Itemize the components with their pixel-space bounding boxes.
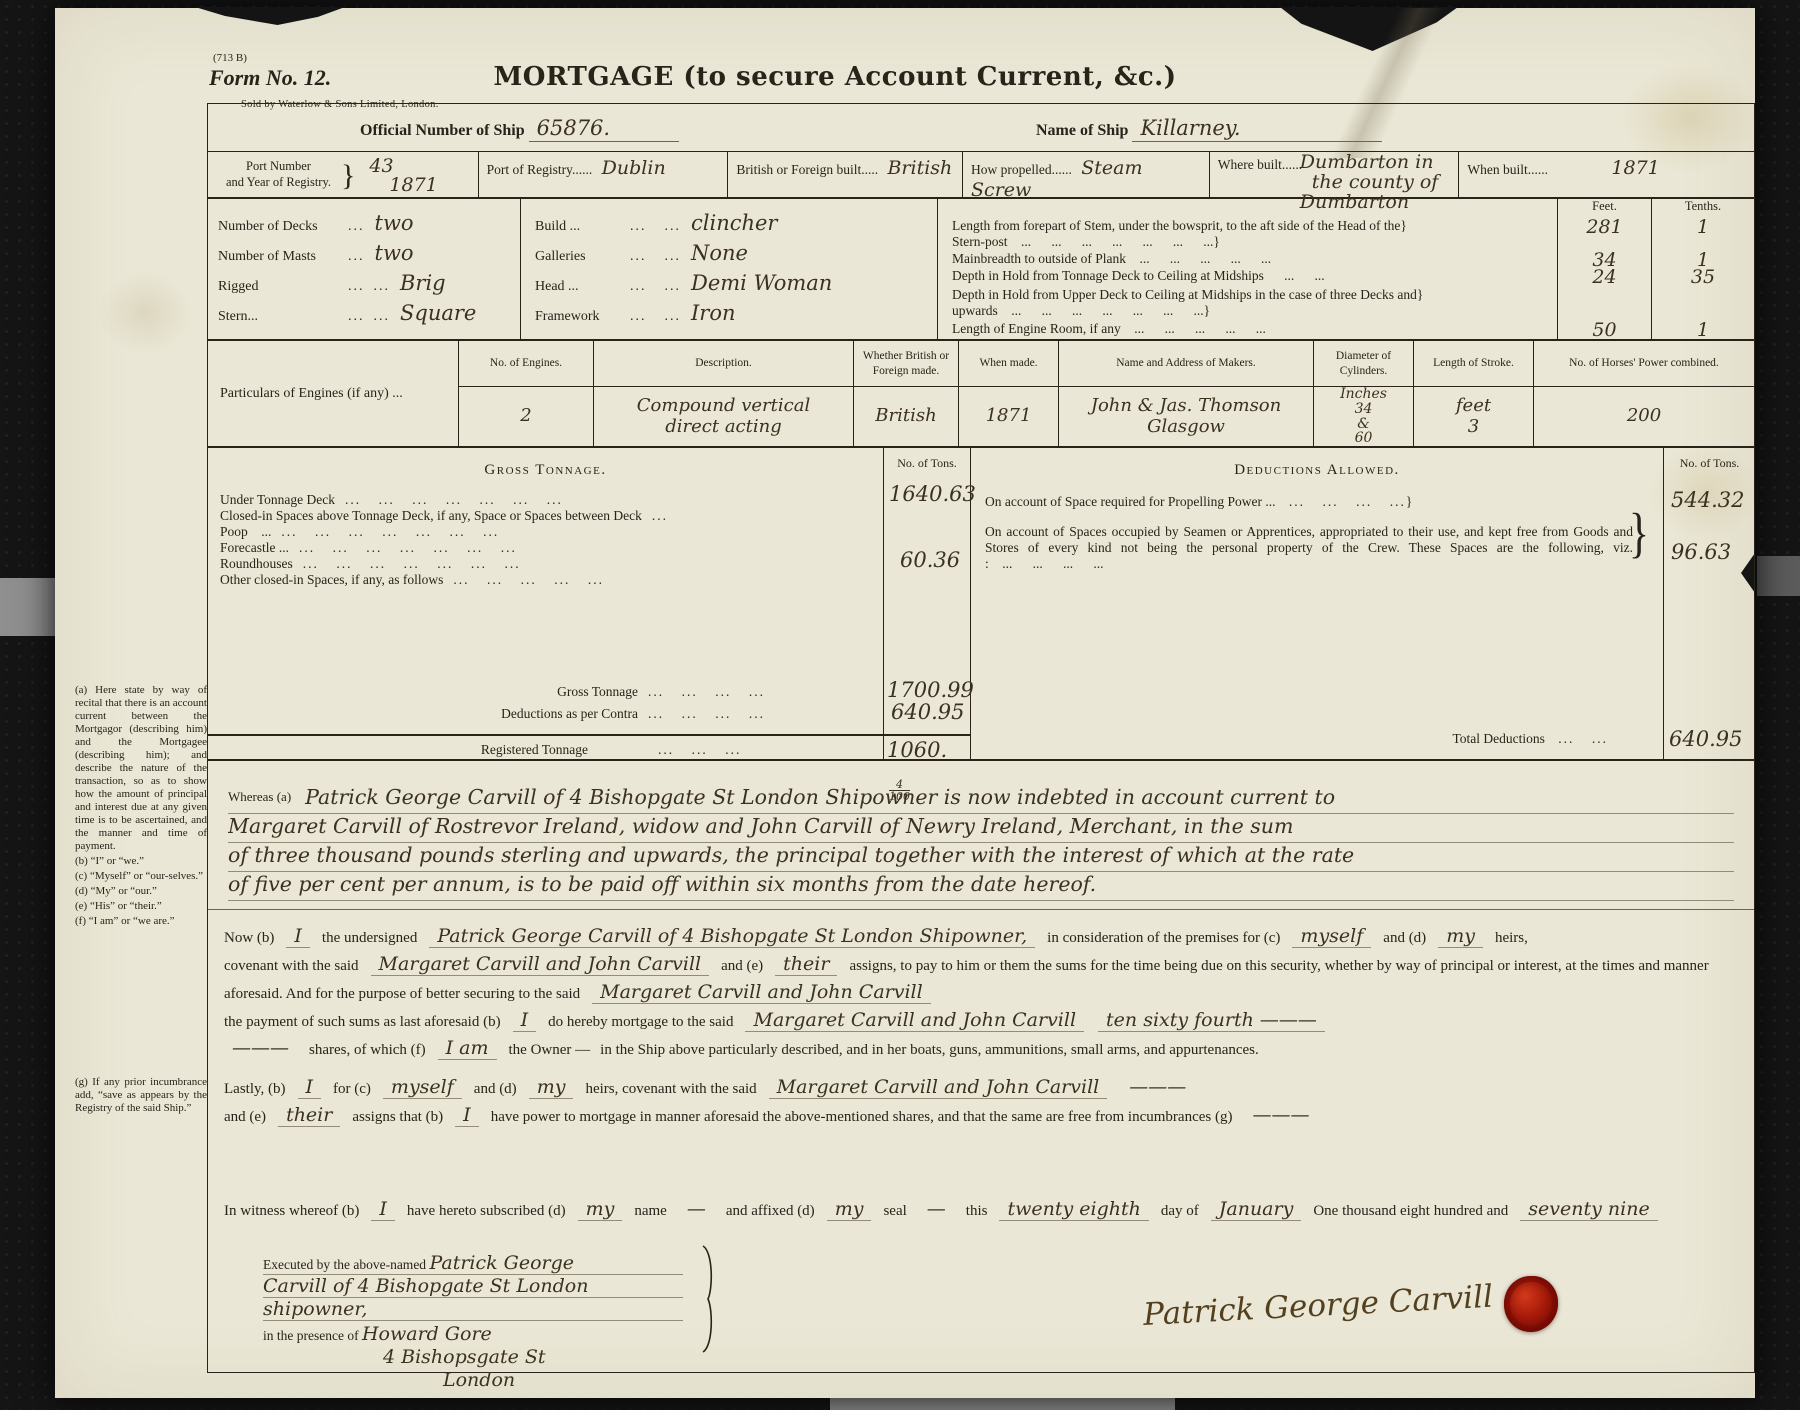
handwritten-text: ten sixty fourth ——— xyxy=(1098,1009,1325,1032)
deductions-section: Deductions Allowed. No. of Tons. On acco… xyxy=(971,448,1754,759)
measurement-row: Length of Engine Room, if any ... ... ..… xyxy=(938,320,1754,339)
where-built-value-1: Dumbarton in xyxy=(1300,151,1434,173)
total-deductions-label: Total Deductions xyxy=(1452,731,1544,746)
where-built-value: Dumbarton in the county of Dumbarton xyxy=(1300,152,1459,212)
gross-tonnage-section: Gross Tonnage. No. of Tons. Under Tonnag… xyxy=(208,448,971,759)
measurement-row: Depth in Hold from Tonnage Deck to Ceili… xyxy=(938,267,1754,286)
horsepower-value: 200 xyxy=(1627,406,1661,427)
length-stem-tenths: 1 xyxy=(1697,216,1709,238)
registered-tonnage-fraction: 4100 xyxy=(889,779,910,802)
engines-description-col: Description. Compound vertical direct ac… xyxy=(593,341,853,446)
witness-address-1: 4 Bishopsgate St xyxy=(383,1346,546,1368)
document-title: MORTGAGE (to secure Account Current, &c.… xyxy=(485,62,1185,92)
handwritten-text: seventy nine xyxy=(1520,1198,1657,1221)
handwritten-text: — xyxy=(679,1198,714,1220)
engines-count-header: No. of Engines. xyxy=(459,341,593,387)
seamen-spaces-value: 96.63 xyxy=(1671,540,1731,564)
printed-text: One thousand eight hundred and xyxy=(1313,1203,1508,1219)
whereas-intro: Whereas (a) xyxy=(228,789,291,804)
under-tonnage-deck-label: Under Tonnage Deck xyxy=(220,492,335,507)
handwritten-text: I xyxy=(286,925,310,948)
printed-text: this xyxy=(966,1203,988,1219)
handwritten-text: twenty eighth xyxy=(999,1198,1148,1221)
masts-value: two xyxy=(375,241,414,265)
whereas-handwriting-2: Margaret Carvill of Rostrevor Ireland, w… xyxy=(228,814,1293,838)
length-stem-label-1: Length from forepart of Stem, under the … xyxy=(952,218,1407,233)
margin-note-f-text: (f) “I am” or “we are.” xyxy=(75,915,207,928)
printed-text: heirs, xyxy=(1495,930,1528,946)
registered-tonnage-separator xyxy=(208,734,971,736)
tons-column-divider xyxy=(1663,448,1664,759)
built-cell: British or Foreign built..... British xyxy=(728,152,963,197)
particular-row: Stern... ... ... Square xyxy=(218,301,516,331)
registry-year-value: 1871 xyxy=(389,174,437,196)
engines-count-value: 2 xyxy=(520,406,531,427)
dot-leader: ... ... xyxy=(630,309,681,325)
dot-leader: ... ... ... ... ... ... ... xyxy=(299,540,517,555)
engines-cylinder-col: Diameter of Cylinders. Inches 34 & 60 xyxy=(1313,341,1413,446)
printed-text: aforesaid. And for the purpose of better… xyxy=(224,986,580,1002)
registry-row: Port Number and Year of Registry. } 43 1… xyxy=(208,151,1754,197)
engines-description-value-1: Compound vertical xyxy=(637,396,810,417)
engines-description-header: Description. xyxy=(594,341,853,387)
mainbreadth-label: Mainbreadth to outside of Plank ... ... … xyxy=(952,251,1271,266)
printed-text: the undersigned xyxy=(322,930,417,946)
handwritten-text: I xyxy=(298,1076,322,1099)
printed-text: and affixed (d) xyxy=(726,1203,815,1219)
deductions-contra-value: 640.95 xyxy=(891,700,964,724)
other-spaces-label: Other closed-in Spaces, if any, as follo… xyxy=(220,572,443,587)
printed-text: covenant with the said xyxy=(224,958,359,974)
seamen-spaces-label: On account of Spaces occupied by Seamen … xyxy=(985,524,1633,571)
depth-tonnage-deck-label: Depth in Hold from Tonnage Deck to Ceili… xyxy=(952,268,1325,283)
handwritten-text: my xyxy=(827,1198,872,1221)
registered-tonnage-label: Registered Tonnage xyxy=(208,742,588,758)
dot-leader: ... ... ... ... ... ... ... xyxy=(281,524,499,539)
lastly-line-1: Lastly, (b)Ifor (c)myselfand (d)myheirs,… xyxy=(224,1075,1738,1103)
registered-tonnage-value: 1060.4100 xyxy=(887,738,970,802)
galleries-label: Galleries xyxy=(535,249,630,265)
stroke-unit: feet xyxy=(1456,396,1491,417)
printed-text: assigns, to pay to him or them the sums … xyxy=(849,958,1708,974)
port-number-label: Port Number and Year of Registry. xyxy=(216,157,341,197)
covenant-line-1: Now (b)Ithe undersignedPatrick George Ca… xyxy=(224,924,1738,952)
scanner-bed-right-strip xyxy=(1757,556,1800,596)
form-box: Official Number of Ship 65876. Name of S… xyxy=(207,103,1755,1373)
total-deductions-row: Total Deductions ... ... xyxy=(971,731,1663,747)
ship-name-value: Killarney. xyxy=(1132,116,1382,142)
length-stem-label-2: Stern-post ... ... ... ... ... ... ...} xyxy=(952,234,1220,249)
margin-note-b-text: (b) “I” or “we.” xyxy=(75,855,207,868)
propelled-label: How propelled...... xyxy=(971,162,1072,177)
propelling-power-row: On account of Space required for Propell… xyxy=(985,494,1645,510)
propelling-power-label: On account of Space required for Propell… xyxy=(985,494,1276,509)
engine-room-length-tenths: 1 xyxy=(1697,319,1709,341)
built-value: British xyxy=(887,157,952,179)
head-label: Head ... xyxy=(535,279,630,295)
whereas-handwriting-4: of five per cent per annum, is to be pai… xyxy=(228,872,1096,896)
engines-row: Particulars of Engines (if any) ... No. … xyxy=(208,339,1754,446)
engines-makers-header: Name and Address of Makers. xyxy=(1059,341,1313,387)
particulars-col-b: Build ... ... ... clincher Galleries ...… xyxy=(521,199,938,339)
handwritten-text: their xyxy=(775,953,837,976)
engines-description-value-2: direct acting xyxy=(665,417,782,438)
official-number-label: Official Number of Ship xyxy=(360,122,525,139)
handwritten-text: I am xyxy=(438,1037,497,1060)
margin-note-c-text: (c) “Myself” or “our-selves.” xyxy=(75,870,207,883)
engines-origin-value: British xyxy=(875,406,936,427)
printed-text: have power to mortgage in manner aforesa… xyxy=(491,1109,1233,1125)
whereas-line-3: of three thousand pounds sterling and up… xyxy=(228,843,1734,872)
when-built-cell: When built...... 1871 xyxy=(1459,152,1754,197)
measurements-block: Feet. Tenths. Length from forepart of St… xyxy=(938,199,1754,339)
poop-label: Poop ... xyxy=(220,524,271,539)
dot-leader: ... ... xyxy=(630,279,681,295)
particulars-col-a: Number of Decks ... two Number of Masts … xyxy=(208,199,521,339)
official-number: Official Number of Ship 65876. xyxy=(360,116,679,142)
engines-stroke-col: Length of Stroke. feet 3 xyxy=(1413,341,1533,446)
engines-makers-value-1: John & Jas. Thomson xyxy=(1091,396,1282,417)
engines-horsepower-col: No. of Horses' Power combined. 200 xyxy=(1533,341,1754,446)
port-number-brace: } xyxy=(341,157,355,197)
wax-seal xyxy=(1504,1276,1558,1332)
covenant-line-3: aforesaid. And for the purpose of better… xyxy=(224,980,1738,1008)
fraction-denominator: 100 xyxy=(889,791,910,802)
build-value: clincher xyxy=(691,211,777,235)
handwritten-text: my xyxy=(578,1198,623,1221)
under-tonnage-deck-value: 1640.63 xyxy=(889,482,976,506)
execution-section: Executed by the above-named Patrick Geor… xyxy=(208,1234,1754,1372)
printed-text: shares, of which (f) xyxy=(309,1042,426,1058)
seamen-spaces-brace: } xyxy=(1629,524,1649,545)
paper-stain xyxy=(95,268,195,358)
dot-leader: ... ... ... ...} xyxy=(1289,494,1414,509)
engines-origin-col: Whether British or Foreign made. British xyxy=(853,341,958,446)
rigged-value: Brig xyxy=(400,271,446,295)
dot-leader: ... xyxy=(348,249,365,265)
dot-leader: ... ... xyxy=(348,309,390,325)
particular-row: Galleries ... ... None xyxy=(535,241,933,271)
length-stem-feet: 281 xyxy=(1586,216,1622,238)
printed-text: for (c) xyxy=(333,1081,371,1097)
engines-when-made-header: When made. xyxy=(959,341,1058,387)
head-value: Demi Woman xyxy=(691,271,832,295)
whereas-line-1: Whereas (a) Patrick George Carvill of 4 … xyxy=(228,785,1734,814)
handwritten-text: my xyxy=(529,1076,574,1099)
torn-edge-top-right xyxy=(1280,7,1458,51)
handwritten-text: my xyxy=(1438,925,1483,948)
roundhouses-label: Roundhouses xyxy=(220,556,293,571)
particular-row: Head ... ... ... Demi Woman xyxy=(535,271,933,301)
margin-note-g: (g) If any prior incumbrance add, “save … xyxy=(75,1076,207,1117)
handwritten-text: Margaret Carvill and John Carvill xyxy=(371,953,710,976)
printed-text: in consideration of the premises for (c) xyxy=(1047,930,1280,946)
particular-row: Number of Decks ... two xyxy=(218,211,516,241)
decks-value: two xyxy=(375,211,414,235)
engines-count-col: No. of Engines. 2 xyxy=(458,341,593,446)
built-label: British or Foreign built..... xyxy=(736,162,878,177)
framework-value: Iron xyxy=(691,301,736,325)
printed-text: the Owner — xyxy=(509,1042,591,1058)
executed-name-3: shipowner, xyxy=(263,1298,367,1320)
dot-leader: ... ... xyxy=(348,279,390,295)
port-of-registry-label: Port of Registry...... xyxy=(487,162,593,177)
gross-tonnage-title: Gross Tonnage. xyxy=(208,462,883,479)
whereas-handwriting-3: of three thousand pounds sterling and up… xyxy=(228,843,1354,867)
tons-column-divider xyxy=(883,448,884,759)
stern-value: Square xyxy=(400,301,476,325)
engines-horsepower-header: No. of Horses' Power combined. xyxy=(1534,341,1754,387)
executed-name-1: Patrick George xyxy=(429,1252,574,1274)
form-code: (713 B) xyxy=(213,52,247,64)
engines-row-label: Particulars of Engines (if any) ... xyxy=(208,341,458,446)
printed-text: Now (b) xyxy=(224,930,274,946)
port-number-cell: Port Number and Year of Registry. } 43 1… xyxy=(208,152,479,197)
printed-text: do hereby mortgage to the said xyxy=(548,1014,733,1030)
dot-leader: ... ... xyxy=(630,219,681,235)
covenant-section: Now (b)Ithe undersignedPatrick George Ca… xyxy=(208,909,1754,1069)
port-of-registry-cell: Port of Registry...... Dublin xyxy=(479,152,729,197)
port-number-label-2: and Year of Registry. xyxy=(226,175,331,189)
tons-column-header: No. of Tons. xyxy=(883,456,971,471)
cylinder-value-2: 60 xyxy=(1355,431,1373,446)
covenant-line-2: covenant with the saidMargaret Carvill a… xyxy=(224,952,1738,980)
printed-text: in the Ship above particularly described… xyxy=(600,1042,1259,1058)
official-number-value: 65876. xyxy=(529,116,679,142)
forecastle-label: Forecastle ... xyxy=(220,540,289,555)
margin-note-e-text: (e) “His” or “their.” xyxy=(75,900,207,913)
witness-address-2: London xyxy=(443,1369,515,1391)
witness-line: In witness whereof (b)Ihave hereto subsc… xyxy=(224,1197,1738,1225)
registered-tonnage-row: Registered Tonnage ... ... ... xyxy=(208,742,883,758)
particular-row: Framework ... ... Iron xyxy=(535,301,933,331)
feet-header: Feet. xyxy=(1557,199,1651,217)
depth-tonnage-deck-tenths: 35 xyxy=(1691,266,1715,288)
cylinder-unit: Inches xyxy=(1340,387,1387,402)
executed-block: Executed by the above-named Patrick Geor… xyxy=(263,1252,683,1392)
handwritten-text: Patrick George Carvill of 4 Bishopgate S… xyxy=(429,925,1035,948)
engines-makers-col: Name and Address of Makers. John & Jas. … xyxy=(1058,341,1313,446)
engines-origin-header: Whether British or Foreign made. xyxy=(854,341,958,387)
scanned-document-page: { "colors":{"paper":"#eae7d6","ink_print… xyxy=(0,0,1800,1410)
handwritten-text: myself xyxy=(383,1076,462,1099)
printed-text: and (d) xyxy=(474,1081,517,1097)
galleries-value: None xyxy=(691,241,748,265)
signature: Patrick George Carvill xyxy=(1142,1275,1563,1333)
seamen-spaces-block: On account of Spaces occupied by Seamen … xyxy=(985,524,1633,572)
stern-label: Stern... xyxy=(218,309,348,325)
whereas-handwriting-1: Patrick George Carvill of 4 Bishopgate S… xyxy=(305,785,1335,809)
whereas-line-2: Margaret Carvill of Rostrevor Ireland, w… xyxy=(228,814,1734,843)
engines-stroke-header: Length of Stroke. xyxy=(1414,341,1533,387)
handwritten-text: their xyxy=(278,1104,340,1127)
executed-brace xyxy=(700,1244,718,1354)
handwritten-text: ——— xyxy=(1244,1104,1317,1126)
dot-leader: ... ... ... xyxy=(658,742,741,758)
handwritten-text: Margaret Carvill and John Carvill xyxy=(745,1009,1084,1032)
handwritten-text: — xyxy=(919,1198,954,1220)
depth-upper-deck-label-1: Depth in Hold from Upper Deck to Ceiling… xyxy=(952,287,1423,302)
rigged-label: Rigged xyxy=(218,279,348,295)
lastly-section: Lastly, (b)Ifor (c)myselfand (d)myheirs,… xyxy=(208,1069,1754,1139)
whereas-section: Whereas (a) Patrick George Carvill of 4 … xyxy=(208,759,1754,909)
masts-label: Number of Masts xyxy=(218,249,348,265)
ship-name: Name of Ship Killarney. xyxy=(1036,116,1382,142)
dot-leader: ... ... ... ... ... ... ... xyxy=(303,556,521,571)
roundhouses-value: 60.36 xyxy=(900,548,960,572)
depth-upper-deck-label-2: upwards ... ... ... ... ... ... ...} xyxy=(952,303,1210,318)
dot-leader: ... xyxy=(652,508,668,523)
gross-tonnage-total-value: 1700.99 xyxy=(887,678,974,702)
printed-text: and (e) xyxy=(721,958,763,974)
particular-row: Rigged ... ... Brig xyxy=(218,271,516,301)
dot-leader: ... ... ... ... ... ... ... xyxy=(345,492,563,507)
propelling-power-value: 544.32 xyxy=(1671,488,1744,512)
tonnage-row: Gross Tonnage. No. of Tons. Under Tonnag… xyxy=(208,446,1754,759)
presence-label: in the presence of xyxy=(263,1328,359,1343)
ship-identity-row: Official Number of Ship 65876. Name of S… xyxy=(208,104,1754,151)
document-paper: (713 B) Form No. 12. Sold by Waterlow & … xyxy=(55,8,1755,1398)
port-number-values: 43 1871 xyxy=(355,157,445,197)
depth-tonnage-deck-feet: 24 xyxy=(1592,266,1616,288)
engines-when-made-value: 1871 xyxy=(986,406,1032,427)
printed-text: the payment of such sums as last aforesa… xyxy=(224,1014,501,1030)
handwritten-text: ——— xyxy=(1121,1076,1194,1098)
executed-name-2: Carvill of 4 Bishopgate St London xyxy=(263,1275,588,1297)
stroke-value: 3 xyxy=(1468,417,1479,438)
form-number: Form No. 12. xyxy=(209,65,331,91)
margin-note-d-text: (d) “My” or “our.” xyxy=(75,885,207,898)
deductions-contra-row: Deductions as per Contra ... ... ... ... xyxy=(208,706,883,722)
particular-row: Build ... ... ... clincher xyxy=(535,211,933,241)
dot-leader: ... ... xyxy=(630,249,681,265)
dot-leader: ... ... ... ... ... xyxy=(453,572,604,587)
handwritten-text: ——— xyxy=(224,1037,297,1059)
handwritten-text: I xyxy=(455,1104,479,1127)
framework-label: Framework xyxy=(535,309,630,325)
measurement-row: Length from forepart of Stem, under the … xyxy=(938,217,1754,251)
margin-note-a-text: (a) Here state by way of recital that th… xyxy=(75,684,207,853)
covenant-line-4: the payment of such sums as last aforesa… xyxy=(224,1008,1738,1036)
port-of-registry-value: Dublin xyxy=(602,157,666,179)
gross-tonnage-total-row: Gross Tonnage ... ... ... ... xyxy=(208,684,883,700)
executed-intro: Executed by the above-named xyxy=(263,1257,426,1272)
when-built-value: 1871 xyxy=(1611,157,1659,179)
cylinder-amp: & xyxy=(1357,417,1369,432)
handwritten-text: January xyxy=(1211,1198,1302,1221)
total-deductions-value: 640.95 xyxy=(1669,727,1742,751)
tons-column-header: No. of Tons. xyxy=(1663,456,1756,471)
build-label: Build ... xyxy=(535,219,630,235)
engines-when-made-col: When made. 1871 xyxy=(958,341,1058,446)
lastly-line-2: and (e)theirassigns that (b)Ihave power … xyxy=(224,1103,1738,1131)
dot-leader: ... ... ... ... xyxy=(648,684,765,700)
printed-text: and (e) xyxy=(224,1109,266,1125)
where-built-value-2: the county of Dumbarton xyxy=(1300,171,1439,213)
particular-row: Number of Masts ... two xyxy=(218,241,516,271)
scanner-bed-left-strip xyxy=(0,578,55,636)
handwritten-text: I xyxy=(371,1198,395,1221)
printed-text: Lastly, (b) xyxy=(224,1081,286,1097)
deductions-contra-label: Deductions as per Contra xyxy=(208,706,638,722)
engine-room-length-feet: 50 xyxy=(1592,319,1616,341)
handwritten-text: myself xyxy=(1292,925,1371,948)
printed-text: In witness whereof (b) xyxy=(224,1203,359,1219)
where-built-cell: Where built...... Dumbarton in the count… xyxy=(1210,152,1460,197)
witness-section: In witness whereof (b)Ihave hereto subsc… xyxy=(208,1139,1754,1234)
where-built-label: Where built...... xyxy=(1218,157,1302,172)
engines-makers-value-2: Glasgow xyxy=(1147,417,1225,438)
printed-text: seal xyxy=(883,1203,906,1219)
handwritten-text: Margaret Carvill and John Carvill xyxy=(592,981,931,1004)
when-built-label: When built...... xyxy=(1467,162,1548,177)
measurement-row: Mainbreadth to outside of Plank ... ... … xyxy=(938,250,1754,267)
propelled-cell: How propelled...... Steam Screw xyxy=(963,152,1210,197)
tenths-header: Tenths. xyxy=(1651,199,1754,217)
gross-tonnage-items: Under Tonnage Deck... ... ... ... ... ..… xyxy=(220,492,870,588)
printed-text: have hereto subscribed (d) xyxy=(407,1203,566,1219)
printed-text: assigns that (b) xyxy=(352,1109,443,1125)
printed-text: heirs, covenant with the said xyxy=(585,1081,756,1097)
particulars-row: Number of Decks ... two Number of Masts … xyxy=(208,197,1754,339)
handwritten-text: I xyxy=(513,1009,537,1032)
gross-tonnage-total-label: Gross Tonnage xyxy=(208,684,638,700)
covenant-line-5: ———shares, of which (f)I amthe Owner —in… xyxy=(224,1036,1738,1064)
printed-text: day of xyxy=(1161,1203,1199,1219)
ship-name-label: Name of Ship xyxy=(1036,122,1128,139)
margin-note-a: (a) Here state by way of recital that th… xyxy=(75,684,207,930)
printed-text: and (d) xyxy=(1383,930,1426,946)
engine-room-length-label: Length of Engine Room, if any ... ... ..… xyxy=(952,321,1266,336)
dot-leader: ... xyxy=(348,219,365,235)
whereas-line-4: of five per cent per annum, is to be pai… xyxy=(228,872,1734,901)
port-number-label-1: Port Number xyxy=(246,159,311,173)
scanner-bed-bottom-strip xyxy=(830,1398,1175,1410)
printed-text: name xyxy=(634,1203,666,1219)
measurement-row: Depth in Hold from Upper Deck to Ceiling… xyxy=(938,286,1754,320)
handwritten-text: Margaret Carvill and John Carvill xyxy=(769,1076,1108,1099)
cylinder-value-1: 34 xyxy=(1355,402,1373,417)
witness-name: Howard Gore xyxy=(362,1323,492,1345)
torn-edge-top-left xyxy=(195,7,345,25)
decks-label: Number of Decks xyxy=(218,219,348,235)
engines-cylinder-header: Diameter of Cylinders. xyxy=(1314,341,1413,387)
margin-note-g-text: (g) If any prior incumbrance add, “save … xyxy=(75,1076,207,1115)
deductions-title: Deductions Allowed. xyxy=(971,462,1663,479)
closed-in-spaces-label: Closed-in Spaces above Tonnage Deck, if … xyxy=(220,508,642,523)
dot-leader: ... ... ... ... xyxy=(648,706,765,722)
dot-leader: ... ... xyxy=(1558,731,1608,746)
registered-tonnage-whole: 1060. xyxy=(887,738,947,762)
